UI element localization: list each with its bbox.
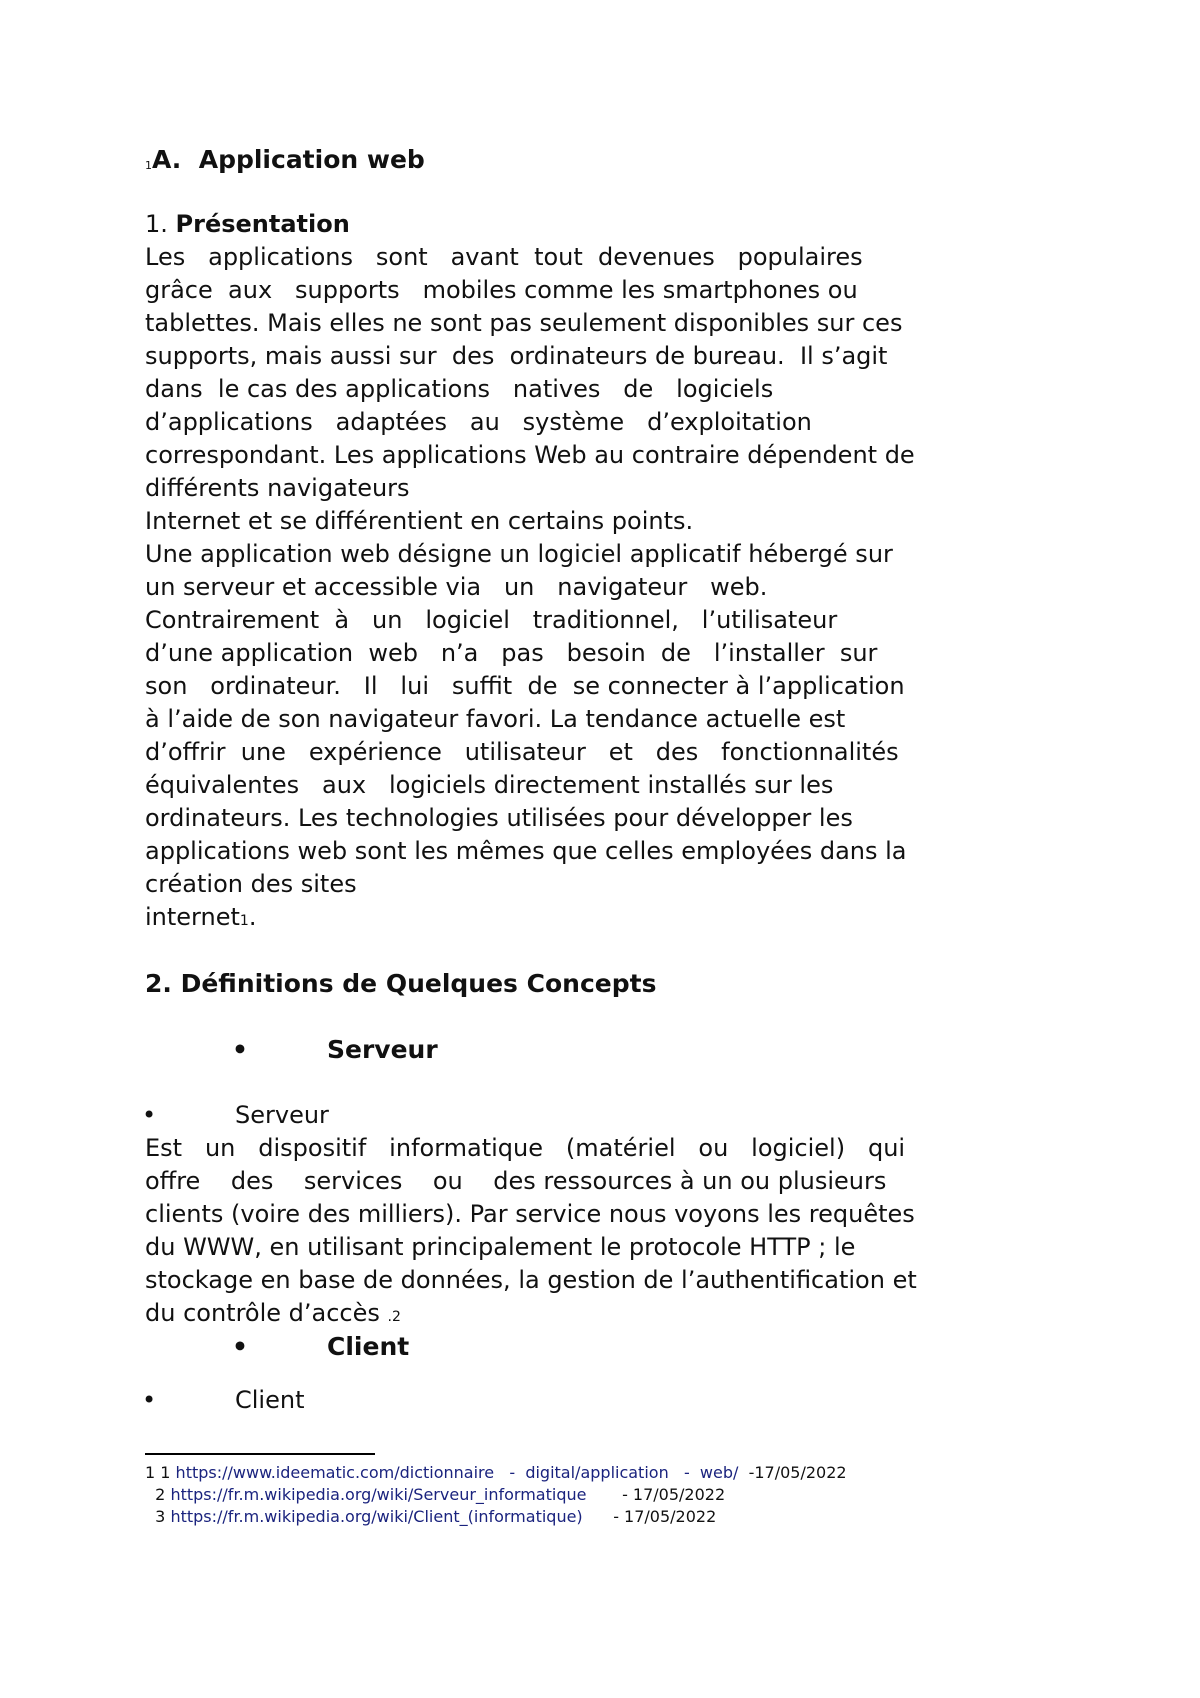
footnote-date: - 17/05/2022 <box>583 1507 717 1526</box>
body-line: Une application web désigne un logiciel … <box>145 538 893 571</box>
body-line: un serveur et accessible via un navigate… <box>145 571 767 604</box>
bullet-icon: • <box>232 1033 248 1066</box>
body-line: du WWW, en utilisant principalement le p… <box>145 1231 855 1264</box>
body-line: supports, mais aussi sur des ordinateurs… <box>145 340 887 373</box>
footnote-number: 2 <box>145 1485 165 1504</box>
body-line: ordinateurs. Les technologies utilisées … <box>145 802 853 835</box>
body-line: à l’aide de son navigateur favori. La te… <box>145 703 845 736</box>
body-line: tablettes. Mais elles ne sont pas seulem… <box>145 307 902 340</box>
body-line: équivalentes aux logiciels directement i… <box>145 769 833 802</box>
serveur-heading: Serveur <box>327 1033 438 1066</box>
footnote-2: 2 https://fr.m.wikipedia.org/wiki/Serveu… <box>145 1484 725 1506</box>
body-line: Les applications sont avant tout devenue… <box>145 241 863 274</box>
section1-title: Présentation <box>176 210 350 238</box>
footnote-number: 1 1 <box>145 1463 170 1482</box>
client-sub-label: Client <box>235 1384 304 1417</box>
bullet-icon: • <box>142 1384 156 1417</box>
body-line: dans le cas des applications natives de … <box>145 373 773 406</box>
bullet-icon: • <box>232 1330 248 1363</box>
heading-footnote-ref: 1 <box>145 159 152 172</box>
body-line: Est un dispositif informatique (matériel… <box>145 1132 905 1165</box>
body-line: Internet et se différentient en certains… <box>145 505 693 538</box>
body-line: son ordinateur. Il lui suffit de se conn… <box>145 670 905 703</box>
heading-a: 1A. Application web <box>145 143 425 176</box>
footnote-link[interactable]: https://www.ideematic.com/dictionnaire -… <box>176 1463 739 1482</box>
body-line: Contrairement à un logiciel traditionnel… <box>145 604 837 637</box>
body-line: d’offrir une expérience utilisateur et d… <box>145 736 899 769</box>
body-line: différents navigateurs <box>145 472 410 505</box>
body-line: d’applications adaptées au système d’exp… <box>145 406 812 439</box>
body-text: internet <box>145 903 240 931</box>
body-line: stockage en base de données, la gestion … <box>145 1264 917 1297</box>
section1-number: 1. <box>145 210 176 238</box>
body-text: . <box>249 903 257 931</box>
body-line: offre des services ou des ressources à u… <box>145 1165 886 1198</box>
footnote-link[interactable]: https://fr.m.wikipedia.org/wiki/Client_(… <box>170 1507 582 1526</box>
body-line-last: internet1. <box>145 901 256 938</box>
body-line: clients (voire des milliers). Par servic… <box>145 1198 915 1231</box>
body-line: applications web sont les mêmes que cell… <box>145 835 907 868</box>
bullet-icon: • <box>142 1099 156 1132</box>
footnote-3: 3 https://fr.m.wikipedia.org/wiki/Client… <box>145 1506 716 1528</box>
body-line: grâce aux supports mobiles comme les sma… <box>145 274 858 307</box>
body-text: du contrôle d’accès <box>145 1299 388 1327</box>
footnote-number: 3 <box>145 1507 165 1526</box>
heading-a-label: A. Application web <box>152 145 425 174</box>
footnote-date: - 17/05/2022 <box>586 1485 725 1504</box>
footnote-divider <box>145 1453 375 1455</box>
section2-heading: 2. Définitions de Quelques Concepts <box>145 967 656 1000</box>
footnote-ref-2[interactable]: .2 <box>388 1309 401 1325</box>
client-heading: Client <box>327 1330 409 1363</box>
body-line: création des sites <box>145 868 357 901</box>
footnote-1: 1 1 https://www.ideematic.com/dictionnai… <box>145 1462 847 1484</box>
footnote-ref-1[interactable]: 1 <box>240 913 249 929</box>
section1-heading: 1. Présentation <box>145 208 350 241</box>
body-line: correspondant. Les applications Web au c… <box>145 439 915 472</box>
serveur-sub-label: Serveur <box>235 1099 329 1132</box>
body-line: d’une application web n’a pas besoin de … <box>145 637 877 670</box>
body-line-last: du contrôle d’accès .2 <box>145 1297 401 1334</box>
document-page: 1A. Application web 1. Présentation Les … <box>0 0 1200 1698</box>
footnote-link[interactable]: https://fr.m.wikipedia.org/wiki/Serveur_… <box>170 1485 586 1504</box>
footnote-date: -17/05/2022 <box>738 1463 846 1482</box>
